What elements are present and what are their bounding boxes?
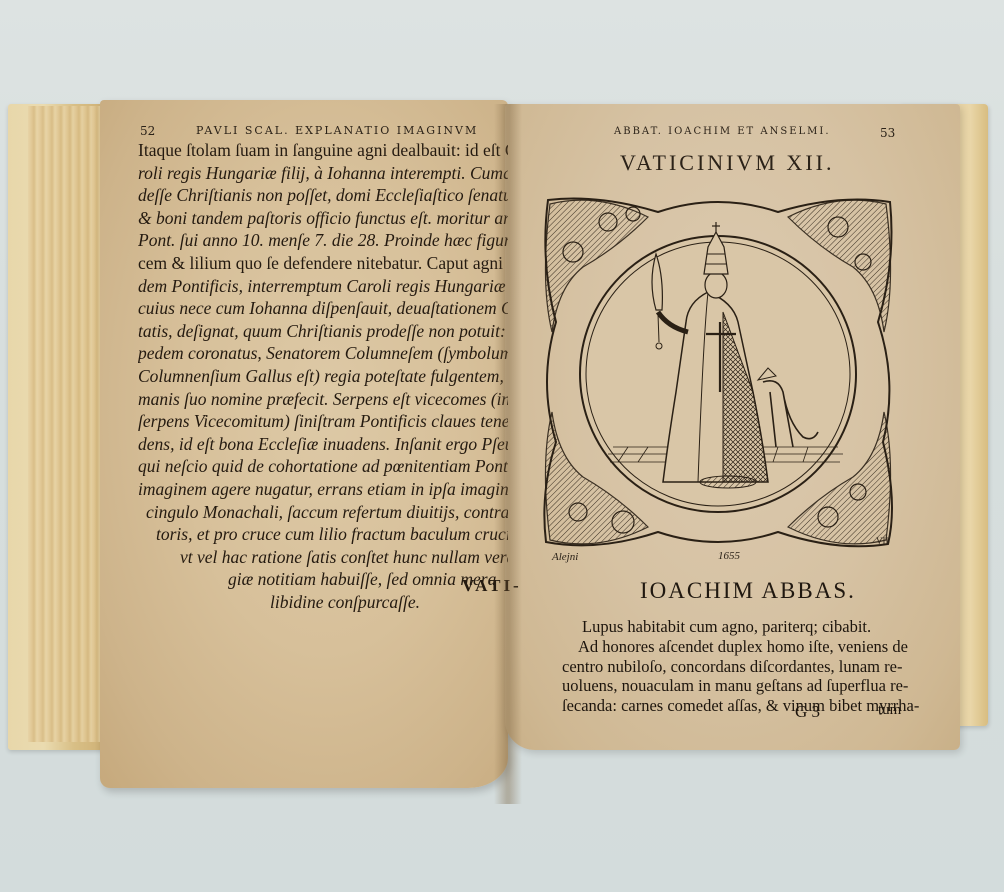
text-line: manis ſuo nomine præfecit. Serpens eſt v… — [138, 388, 508, 411]
left-running-head: PAVLI SCAL. EXPLANATIO IMAGINVM — [196, 124, 478, 137]
text-line: ſerpens Vicecomitum) ſiniſtram Pontifici… — [138, 410, 508, 433]
artist-signature: Alejni — [552, 551, 578, 563]
text-line: giæ notitiam habuiſſe, ſed omnia mera — [138, 568, 508, 591]
text-line: imaginem agere nugatur, errans etiam in … — [138, 478, 508, 501]
right-page-number: 53 — [880, 126, 895, 140]
text-line: libidine conſpurcaſſe. — [138, 591, 508, 614]
text-line: cem & lilium quo ſe defendere nitebatur.… — [138, 252, 508, 275]
text-line: cingulo Monachali, ſaccum refertum diuit… — [138, 501, 508, 524]
text-line: dens, id eſt bona Eccleſiæ inuadens. Inſ… — [138, 433, 508, 456]
text-line: ſecanda: carnes comedet aſſas, & vinum b… — [562, 696, 907, 716]
section-title: VATICINIVM XII. — [620, 150, 834, 176]
text-line: cuius nece cum Iohanna diſpenſauit, deua… — [138, 297, 508, 320]
text-line: Itaque ſtolam ſuam in ſanguine agni deal… — [138, 139, 508, 162]
left-page-number: 52 — [140, 124, 155, 138]
right-page-body: Lupus habitabit cum agno, pariterq; ciba… — [572, 617, 907, 716]
book-gutter — [494, 104, 522, 804]
right-running-head: ABBAT. IOACHIM ET ANSELMI. — [614, 126, 831, 137]
text-line: Columnenſium Gallus eſt) regia poteſtate… — [138, 365, 508, 388]
woodcut-pope-icon — [538, 192, 898, 552]
text-line: pedem coronatus, Senatorem Columneſem (ſ… — [138, 342, 508, 365]
left-page-body: Itaque ſtolam ſuam in ſanguine agni deal… — [138, 139, 508, 613]
text-line: tatis, deſignat, quum Chriſtianis prodeſ… — [138, 320, 508, 343]
text-line: toris, et pro cruce cum lilio fractum ba… — [138, 523, 508, 546]
illustration-caption: IOACHIM ABBAS. — [640, 578, 856, 604]
text-line: centro nubiloſo, concordans diſcordantes… — [562, 657, 907, 677]
date-mark: 1655 — [718, 550, 740, 562]
text-line: roli regis Hungariæ filij, à Iohanna int… — [138, 162, 508, 185]
text-line: Ad honores aſcendet duplex homo iſte, ve… — [572, 637, 907, 657]
text-line: qui neſcio quid de cohortatione ad pœnit… — [138, 455, 508, 478]
text-line: dem Pontificis, interremptum Caroli regi… — [138, 275, 508, 298]
text-line: Pont. ſui anno 10. menſe 7. die 28. Proi… — [138, 229, 508, 252]
text-line: uoluens, nouaculam in manu geſtans ad ſu… — [562, 676, 907, 696]
woodcut-illustration — [538, 192, 898, 552]
text-line: vt vel hac ratione ſatis conſtet hunc nu… — [138, 546, 508, 569]
gathering-mark: G 3 — [795, 702, 820, 722]
right-catchword: tum — [878, 702, 901, 719]
text-line: Lupus habitabit cum agno, pariterq; ciba… — [572, 617, 907, 637]
text-line: deſſe Chriſtianis non poſſet, domi Eccle… — [138, 184, 508, 207]
plate-number: VII — [876, 536, 889, 546]
text-line: & boni tandem paſtoris officio functus e… — [138, 207, 508, 230]
